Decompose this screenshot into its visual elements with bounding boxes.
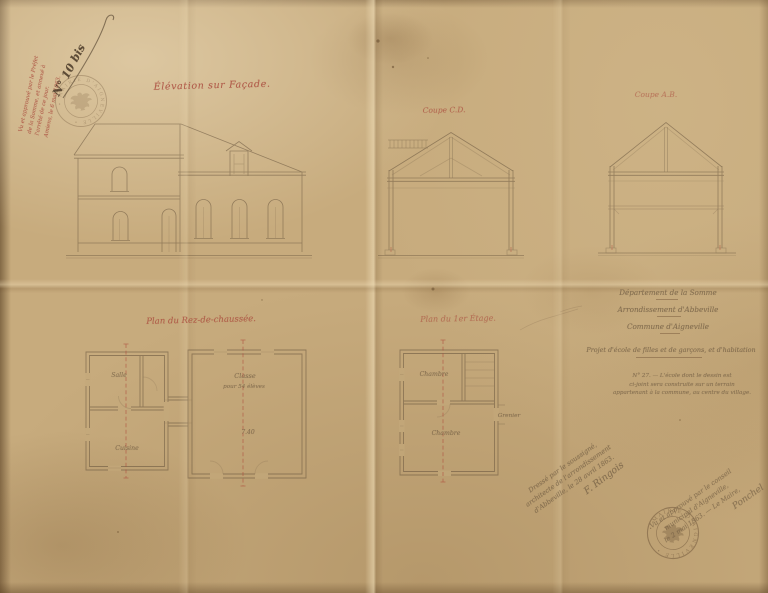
note-line-3: appartenant à la commune, au centre du v…	[598, 390, 766, 396]
room-label-cuisine: Cuisine	[104, 445, 150, 452]
underline-rule	[636, 357, 702, 358]
room-label-salle: Salle	[102, 372, 136, 379]
room-label-grenier: Grenier	[490, 413, 528, 419]
note-line-2: ci-joint sera construite sur un terrain	[598, 382, 766, 388]
arrondissement-line: Arrondissement d'Abbeville	[588, 305, 748, 314]
room-label-classe: Classe	[223, 372, 267, 380]
dimension-label: 7.40	[238, 429, 258, 436]
commune-line: Commune d'Aigneville	[588, 322, 748, 331]
paper-sheet: • MAIRIE D'AIGNEVILLE • • MAIRIE D'AIGNE…	[0, 0, 768, 593]
coupe-ab-title: Coupe A.B.	[626, 90, 686, 99]
plan-etage-title: Plan du 1er Étage.	[414, 313, 502, 324]
project-title-line: Projet d'école de filles et de garçons, …	[574, 346, 768, 354]
eagle-emblem-icon	[69, 90, 94, 112]
departement-line: Département de la Somme	[588, 288, 748, 297]
note-line-1: N° 27. — L'école dont le dessin est	[598, 373, 766, 379]
room-label-classe-capacity: pour 54 élèves	[211, 384, 277, 390]
coupe-ab-drawing	[598, 123, 736, 256]
coupe-cd-title: Coupe C.D.	[414, 105, 474, 115]
underline-rule	[660, 333, 680, 334]
plan-rdc-drawing	[86, 350, 306, 478]
coupe-cd-drawing	[378, 133, 524, 259]
underline-rule	[656, 299, 678, 300]
pencil-scribble	[520, 306, 582, 330]
room-label-chambre-1: Chambre	[411, 371, 457, 378]
underline-rule	[657, 316, 681, 317]
room-label-chambre-2: Chambre	[423, 430, 469, 437]
elevation-drawing	[66, 124, 312, 258]
